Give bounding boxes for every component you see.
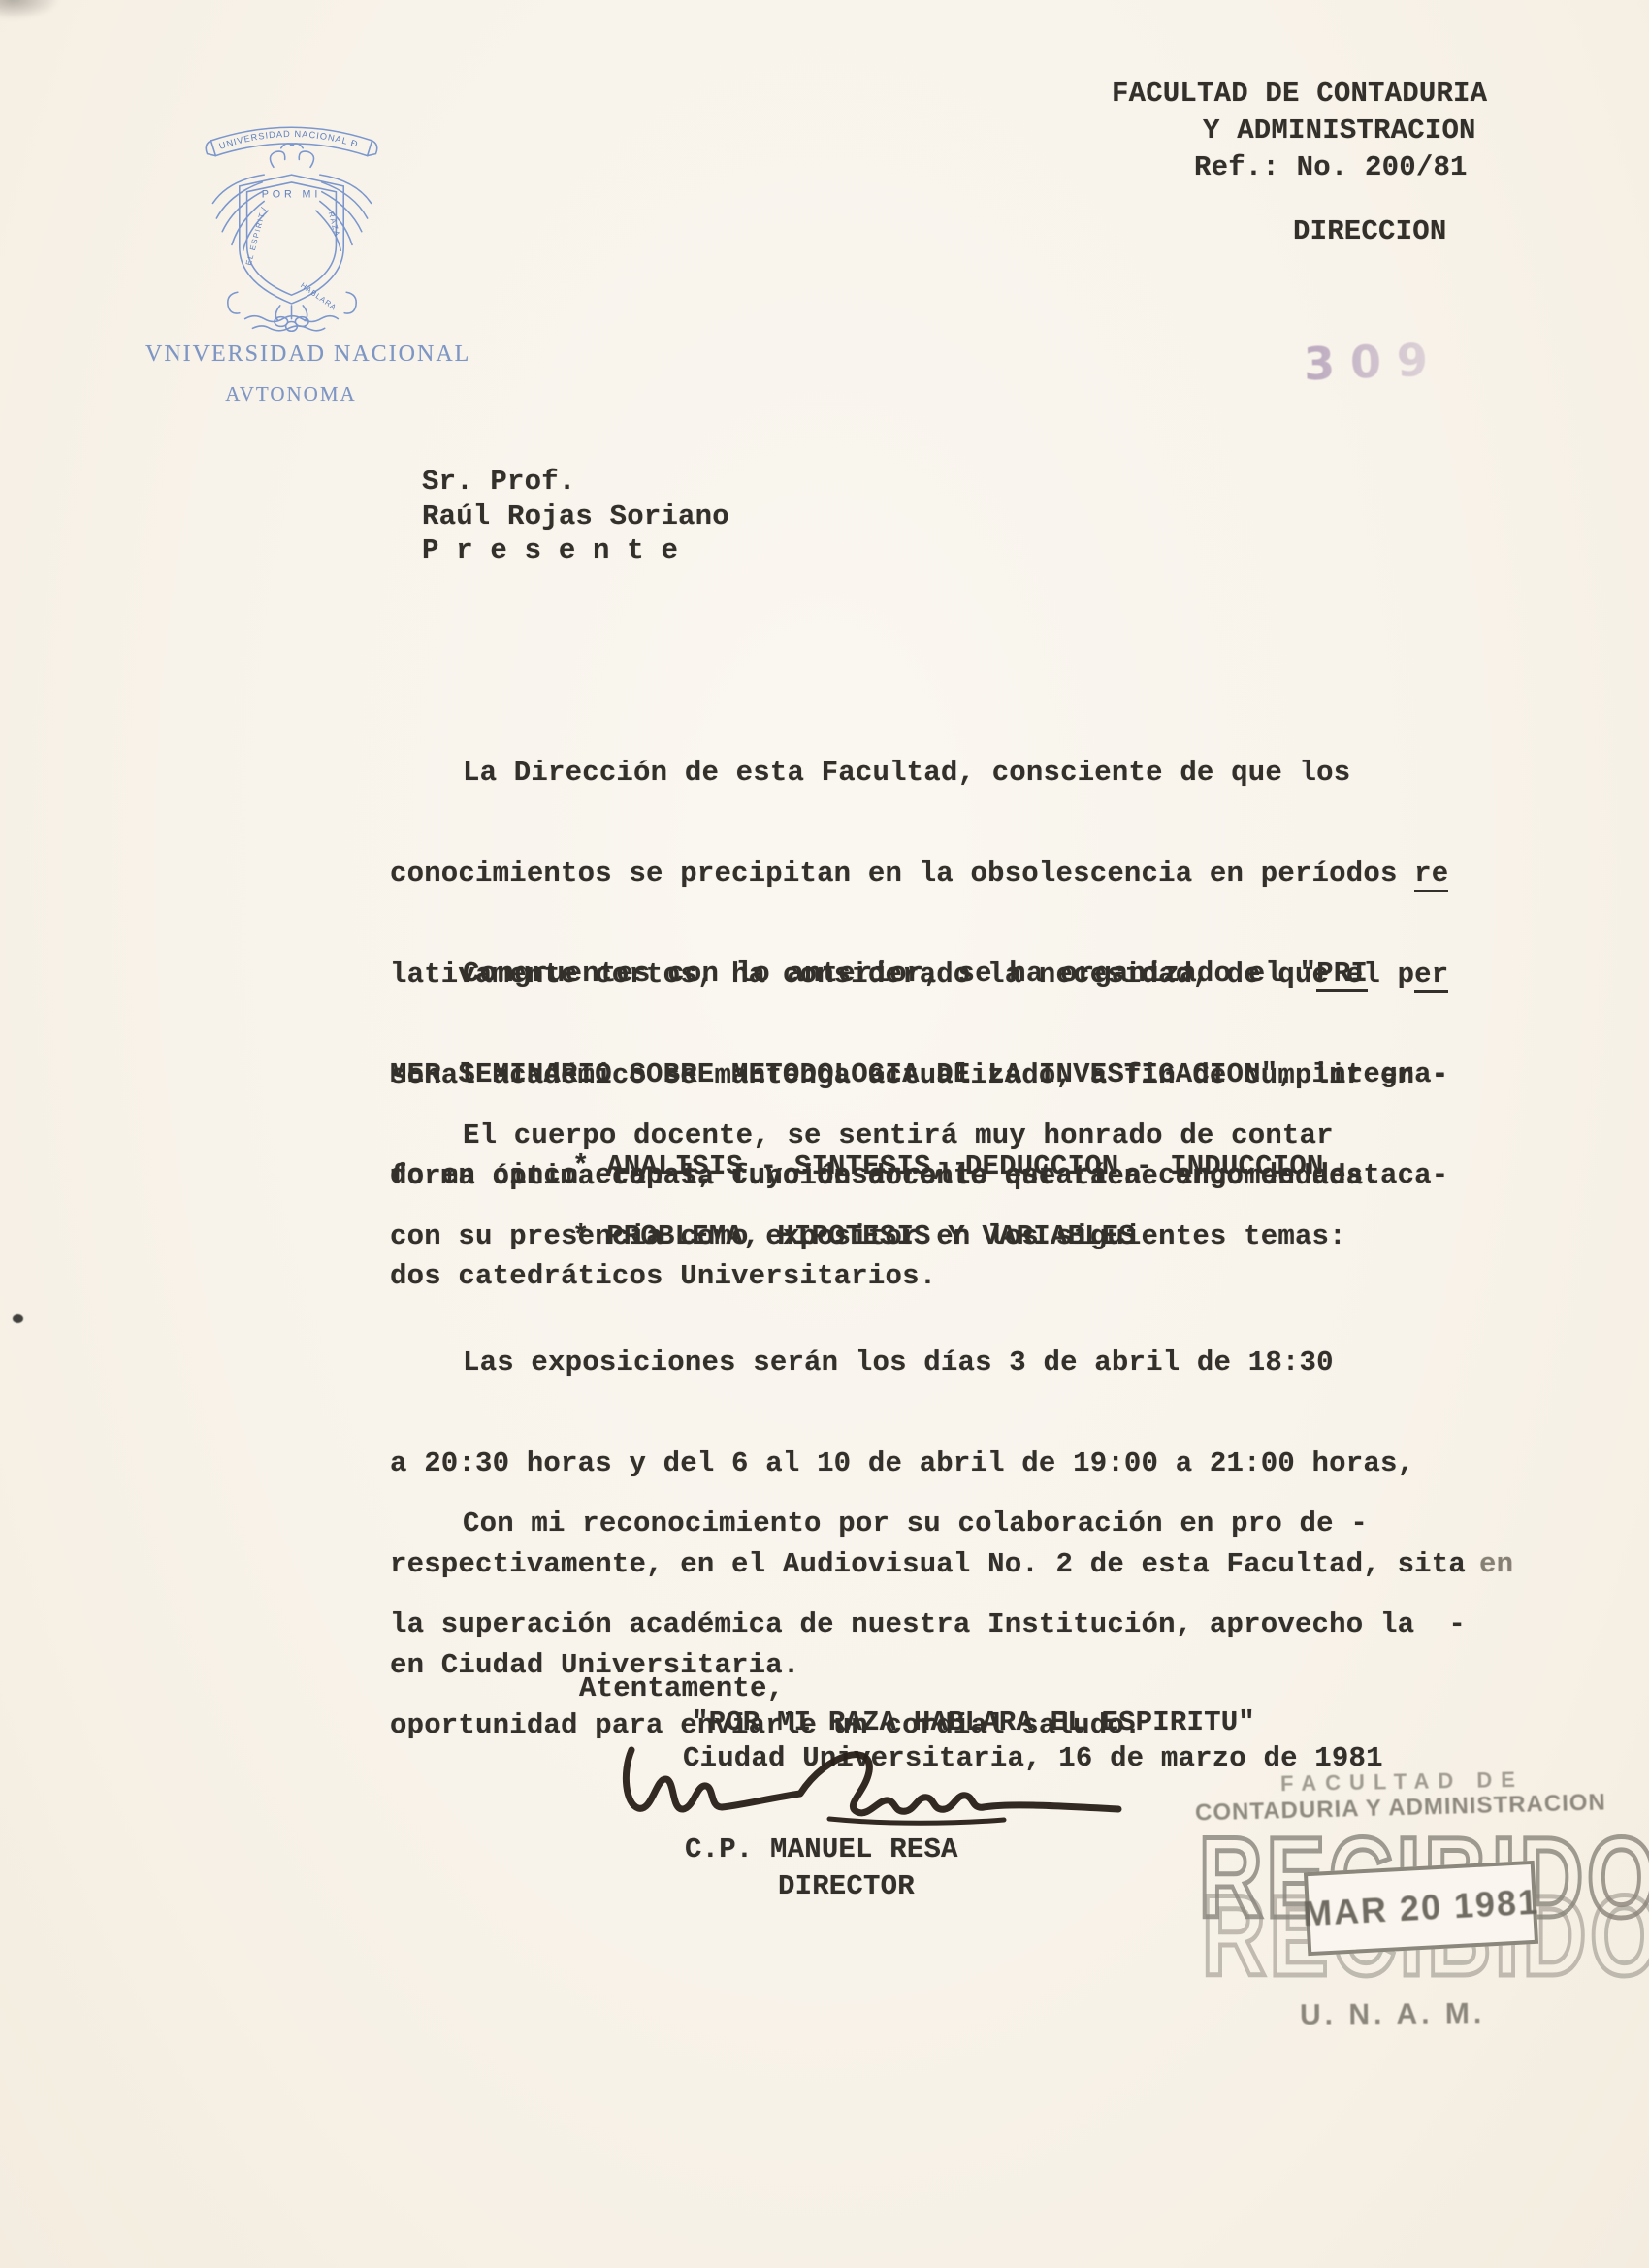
header-ref-number: Ref.: No. 200/81 <box>1194 151 1468 183</box>
crest-scroll-right <box>344 292 356 313</box>
crest-bird-left <box>270 144 293 167</box>
received-stamp: FACULTAD DE CONTADURIA Y ADMINISTRACION … <box>1191 1758 1649 2063</box>
university-name-line2: AVTONOMA <box>145 382 436 406</box>
topic-item-2: * PROBLEMA, HIPOTESIS Y VARIABLES <box>572 1220 1136 1252</box>
ink-speck <box>13 1314 23 1323</box>
scan-corner-smudge <box>0 0 60 19</box>
scanned-letter-page: { "letterhead": { "crest": { "banner": "… <box>0 0 1649 2268</box>
crest-motto-left: EL ESPIRITV <box>244 205 269 266</box>
received-date: MAR 20 1981 <box>1302 1882 1540 1935</box>
unam-crest-logo: UNIVERSIDAD NACIONAL Đ MEXICO POR MI EL … <box>190 103 394 338</box>
p5-line2: la superación académica de nuestra Insti… <box>390 1606 1466 1643</box>
p2-line1: Congruentes con lo anterior, se ha organ… <box>390 956 1448 992</box>
signer-name: C.P. MANUEL RESA <box>685 1833 958 1865</box>
topic-item-1: * ANALISIS - SINTESIS, DEDUCCION - INDUC… <box>572 1150 1324 1183</box>
p5-line1: Con mi reconocimiento por su colaboració… <box>390 1506 1466 1542</box>
signer-title: DIRECTOR <box>778 1870 915 1902</box>
header-faculty-line1: FACULTAD DE CONTADURIA <box>1112 78 1487 110</box>
received-date-box: MAR 20 1981 <box>1304 1861 1538 1956</box>
closing-salutation: Atentamente, <box>579 1672 784 1704</box>
crest-scroll-left <box>228 292 240 313</box>
recipient-presente: P r e s e n t e <box>422 535 678 567</box>
university-name-line1: VNIVERSIDAD NACIONAL <box>145 341 436 368</box>
received-stamp-org: U. N. A. M. <box>1300 1997 1486 2032</box>
handwritten-signature <box>538 1734 1159 1841</box>
header-office: DIRECCION <box>1293 215 1446 247</box>
recipient-title: Sr. Prof. <box>422 466 575 498</box>
crest-motto-top: POR MI <box>262 189 322 201</box>
hyphenated-syllable: re <box>1414 858 1448 892</box>
crest-bird-right <box>291 144 314 167</box>
recipient-name: Raúl Rojas Soriano <box>422 501 729 533</box>
ghost-print: en <box>1479 1548 1513 1580</box>
hyphenated-syllable: PRI <box>1316 957 1368 992</box>
p3-line1: El cuerpo docente, se sentirá muy honrad… <box>390 1118 1346 1154</box>
folio-number-stamp: 309 <box>1303 334 1444 391</box>
header-faculty-line2: Y ADMINISTRACION <box>1203 114 1476 146</box>
p1-line1: La Dirección de esta Facultad, conscient… <box>390 755 1448 792</box>
p1-line2: conocimientos se precipitan en la obsole… <box>390 856 1448 892</box>
p4-line1: Las exposiciones serán los días 3 de abr… <box>390 1345 1513 1381</box>
